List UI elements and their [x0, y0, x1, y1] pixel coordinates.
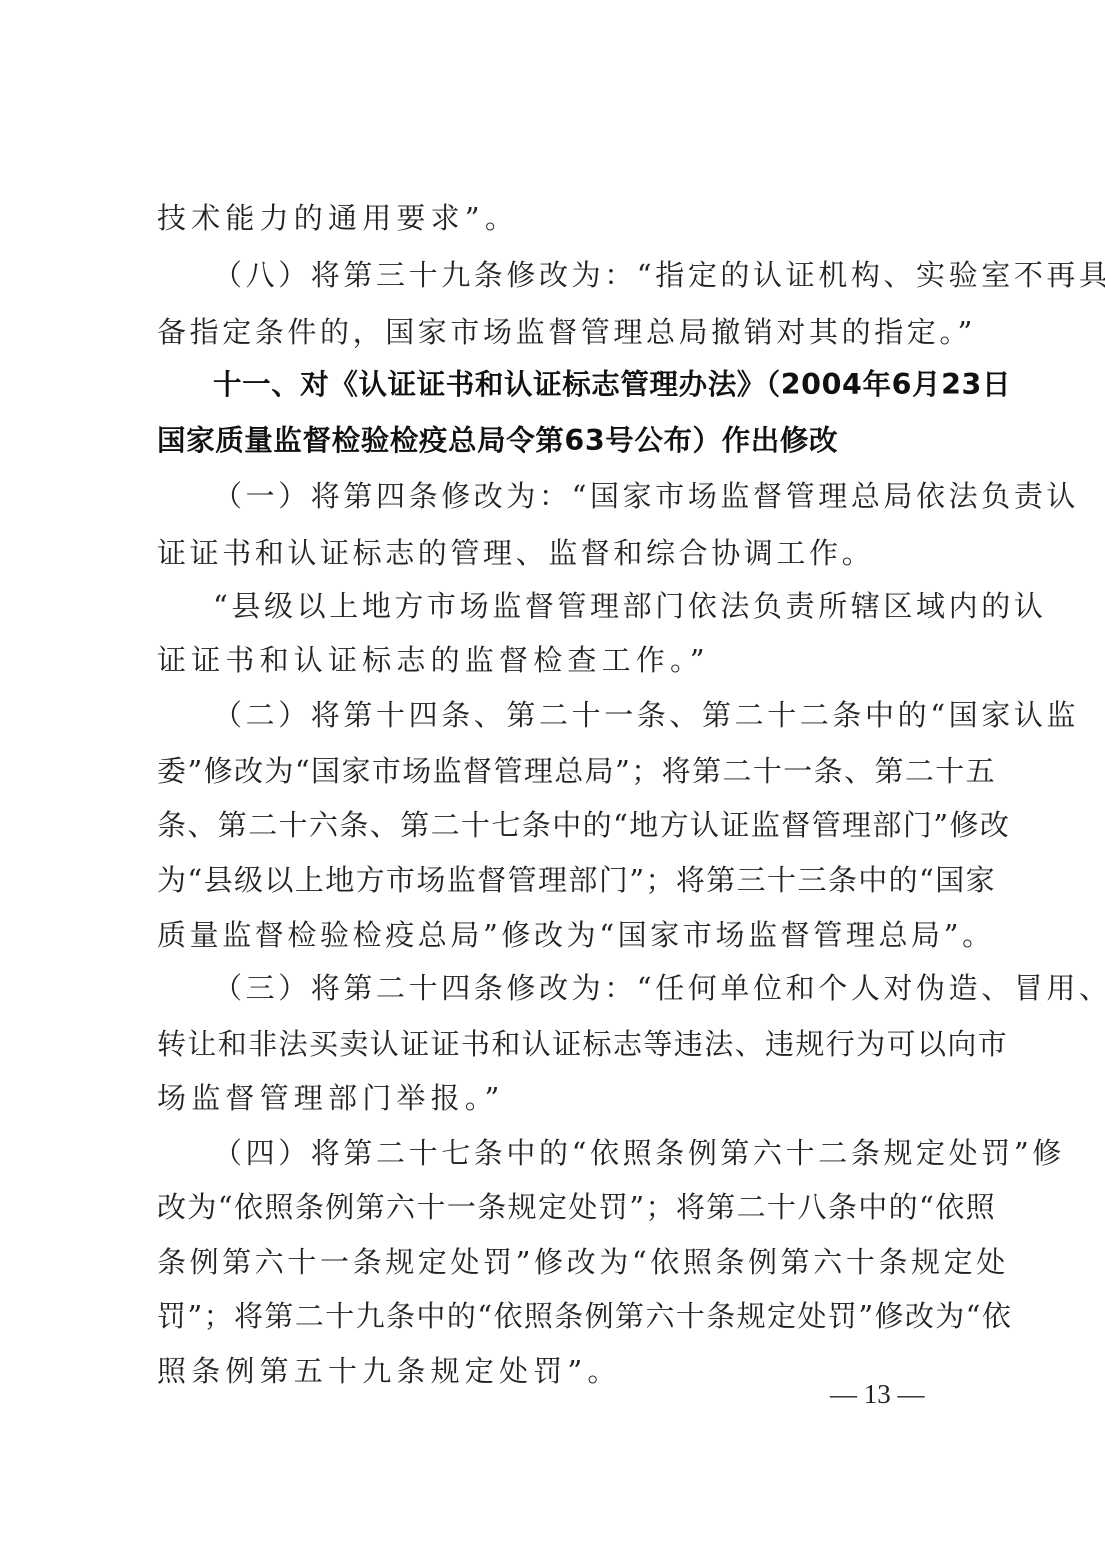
- text-line-9: 证证书和认证标志的监督检查工作。”: [157, 640, 952, 680]
- page-number: — 13 —: [830, 1376, 925, 1412]
- text-line-20: 条例第六十一条规定处罚”修改为“依照条例第六十条规定处: [157, 1242, 952, 1282]
- text-line-2: （八）将第三十九条修改为：“指定的认证机构、实验室不再具: [213, 255, 953, 295]
- text-line-15: （三）将第二十四条修改为：“任何单位和个人对伪造、冒用、: [213, 968, 953, 1008]
- text-line-12: 条、第二十六条、第二十七条中的“地方认证监督管理部门”修改: [157, 805, 952, 845]
- text-line-11: 委”修改为“国家市场监督管理总局”；将第二十一条、第二十五: [157, 751, 952, 791]
- text-line-1: 技术能力的通用要求”。: [157, 198, 952, 238]
- section-heading-line-1: 十一、对《认证证书和认证标志管理办法》（2004年6月23日: [213, 365, 953, 405]
- text-line-19: 改为“依照条例第六十一条规定处罚”；将第二十八条中的“依照: [157, 1187, 952, 1227]
- text-line-21: 罚”；将第二十九条中的“依照条例第六十条规定处罚”修改为“依: [157, 1296, 952, 1336]
- text-line-14: 质量监督检验检疫总局”修改为“国家市场监督管理总局”。: [157, 915, 952, 955]
- text-line-18: （四）将第二十七条中的“依照条例第六十二条规定处罚”修: [213, 1133, 953, 1173]
- text-line-10: （二）将第十四条、第二十一条、第二十二条中的“国家认监: [213, 695, 953, 735]
- section-heading-line-2: 国家质量监督检验检疫总局令第63号公布）作出修改: [157, 421, 952, 461]
- text-line-16: 转让和非法买卖认证证书和认证标志等违法、违规行为可以向市: [157, 1024, 952, 1064]
- text-line-7: 证证书和认证标志的管理、监督和综合协调工作。: [157, 533, 952, 573]
- text-line-3: 备指定条件的，国家市场监督管理总局撤销对其的指定。”: [157, 312, 952, 352]
- text-line-13: 为“县级以上地方市场监督管理部门”；将第三十三条中的“国家: [157, 860, 952, 900]
- document-page: 技术能力的通用要求”。 （八）将第三十九条修改为：“指定的认证机构、实验室不再具…: [0, 0, 1105, 1550]
- text-line-8: “县级以上地方市场监督管理部门依法负责所辖区域内的认: [213, 586, 953, 626]
- text-line-6: （一）将第四条修改为：“国家市场监督管理总局依法负责认: [213, 476, 953, 516]
- text-line-17: 场监督管理部门举报。”: [157, 1078, 952, 1118]
